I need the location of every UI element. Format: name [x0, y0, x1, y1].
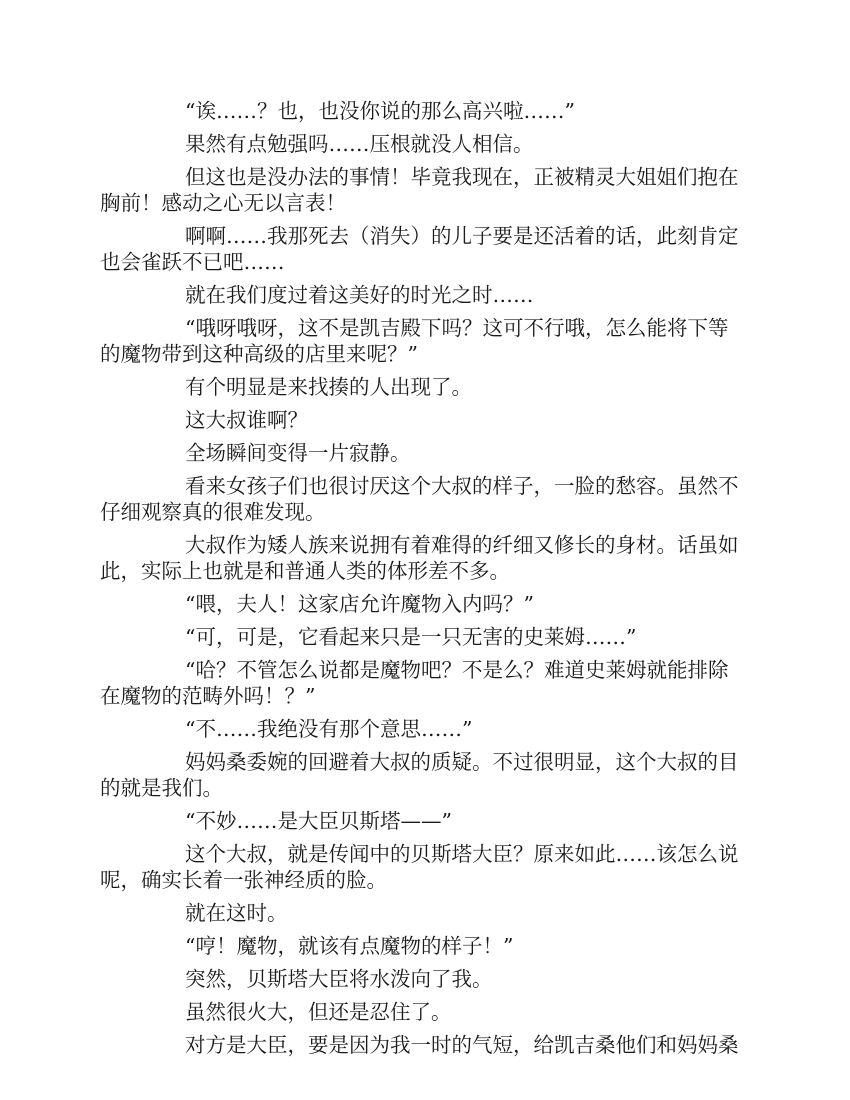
- text-line: 果然有点勉强吗……压根就没人相信。: [100, 131, 745, 157]
- text-line: 这大叔谁啊？: [100, 407, 745, 433]
- text-line: 就在我们度过着这美好的时光之时……: [100, 282, 745, 308]
- paragraph: 有个明显是来找揍的人出现了。: [100, 374, 745, 400]
- text-line: “不……我绝没有那个意思……”: [100, 716, 745, 742]
- paragraph: “哼！魔物，就该有点魔物的样子！”: [100, 933, 745, 959]
- paragraph: 看来女孩子们也很讨厌这个大叔的样子，一脸的愁容。虽然不仔细观察真的很难发现。: [100, 473, 745, 525]
- paragraph: “哈？不管怎么说都是魔物吧？不是么？难道史莱姆就能排除在魔物的范畴外吗！？”: [100, 657, 745, 709]
- text-line: 也会雀跃不已吧……: [100, 249, 745, 275]
- text-line: 对方是大臣，要是因为我一时的气短，给凯吉桑他们和妈妈桑: [100, 1032, 745, 1058]
- paragraph: 这大叔谁啊？: [100, 407, 745, 433]
- text-line: 妈妈桑委婉的回避着大叔的质疑。不过很明显，这个大叔的目: [100, 749, 745, 775]
- paragraph: 就在我们度过着这美好的时光之时……: [100, 282, 745, 308]
- paragraph: “喂，夫人！这家店允许魔物入内吗？”: [100, 591, 745, 617]
- text-line: “哈？不管怎么说都是魔物吧？不是么？难道史莱姆就能排除: [100, 657, 745, 683]
- text-line: 这个大叔，就是传闻中的贝斯塔大臣？原来如此……该怎么说: [100, 841, 745, 867]
- text-line: “不妙……是大臣贝斯塔——”: [100, 808, 745, 834]
- paragraph: “哦呀哦呀，这不是凯吉殿下吗？这可不行哦，怎么能将下等的魔物带到这种高级的店里来…: [100, 315, 745, 367]
- text-line: 有个明显是来找揍的人出现了。: [100, 374, 745, 400]
- text-line: 呢，确实长着一张神经质的脸。: [100, 867, 745, 893]
- text-line: 此，实际上也就是和普通人类的体形差不多。: [100, 558, 745, 584]
- paragraph: 这个大叔，就是传闻中的贝斯塔大臣？原来如此……该怎么说呢，确实长着一张神经质的脸…: [100, 841, 745, 893]
- paragraph: 妈妈桑委婉的回避着大叔的质疑。不过很明显，这个大叔的目的就是我们。: [100, 749, 745, 801]
- text-line: 在魔物的范畴外吗！？”: [100, 683, 745, 709]
- paragraph: “可，可是，它看起来只是一只无害的史莱姆……”: [100, 624, 745, 650]
- text-line: “喂，夫人！这家店允许魔物入内吗？”: [100, 591, 745, 617]
- text-line: 仔细观察真的很难发现。: [100, 499, 745, 525]
- text-line: “哼！魔物，就该有点魔物的样子！”: [100, 933, 745, 959]
- paragraph: 果然有点勉强吗……压根就没人相信。: [100, 131, 745, 157]
- text-line: 啊啊……我那死去（消失）的儿子要是还活着的话，此刻肯定: [100, 223, 745, 249]
- paragraph: 突然，贝斯塔大臣将水泼向了我。: [100, 966, 745, 992]
- paragraph: “不……我绝没有那个意思……”: [100, 716, 745, 742]
- document-page: “诶……？也，也没你说的那么高兴啦……”果然有点勉强吗……压根就没人相信。但这也…: [100, 98, 745, 1065]
- paragraph: “不妙……是大臣贝斯塔——”: [100, 808, 745, 834]
- text-line: 突然，贝斯塔大臣将水泼向了我。: [100, 966, 745, 992]
- text-line: 胸前！感动之心无以言表！: [100, 190, 745, 216]
- text-line: “哦呀哦呀，这不是凯吉殿下吗？这可不行哦，怎么能将下等: [100, 315, 745, 341]
- paragraph: 大叔作为矮人族来说拥有着难得的纤细又修长的身材。话虽如此，实际上也就是和普通人类…: [100, 532, 745, 584]
- paragraph: 全场瞬间变得一片寂静。: [100, 440, 745, 466]
- paragraph: 但这也是没办法的事情！毕竟我现在，正被精灵大姐姐们抱在胸前！感动之心无以言表！: [100, 164, 745, 216]
- paragraph: 虽然很火大，但还是忍住了。: [100, 999, 745, 1025]
- paragraph: 啊啊……我那死去（消失）的儿子要是还活着的话，此刻肯定也会雀跃不已吧……: [100, 223, 745, 275]
- text-line: 大叔作为矮人族来说拥有着难得的纤细又修长的身材。话虽如: [100, 532, 745, 558]
- text-line: 的就是我们。: [100, 775, 745, 801]
- paragraph: 对方是大臣，要是因为我一时的气短，给凯吉桑他们和妈妈桑: [100, 1032, 745, 1058]
- text-line: 就在这时。: [100, 900, 745, 926]
- text-line: “可，可是，它看起来只是一只无害的史莱姆……”: [100, 624, 745, 650]
- text-line: 看来女孩子们也很讨厌这个大叔的样子，一脸的愁容。虽然不: [100, 473, 745, 499]
- text-line: 全场瞬间变得一片寂静。: [100, 440, 745, 466]
- text-line: 但这也是没办法的事情！毕竟我现在，正被精灵大姐姐们抱在: [100, 164, 745, 190]
- text-line: “诶……？也，也没你说的那么高兴啦……”: [100, 98, 745, 124]
- text-line: 虽然很火大，但还是忍住了。: [100, 999, 745, 1025]
- text-line: 的魔物带到这种高级的店里来呢？”: [100, 341, 745, 367]
- paragraph: “诶……？也，也没你说的那么高兴啦……”: [100, 98, 745, 124]
- paragraph: 就在这时。: [100, 900, 745, 926]
